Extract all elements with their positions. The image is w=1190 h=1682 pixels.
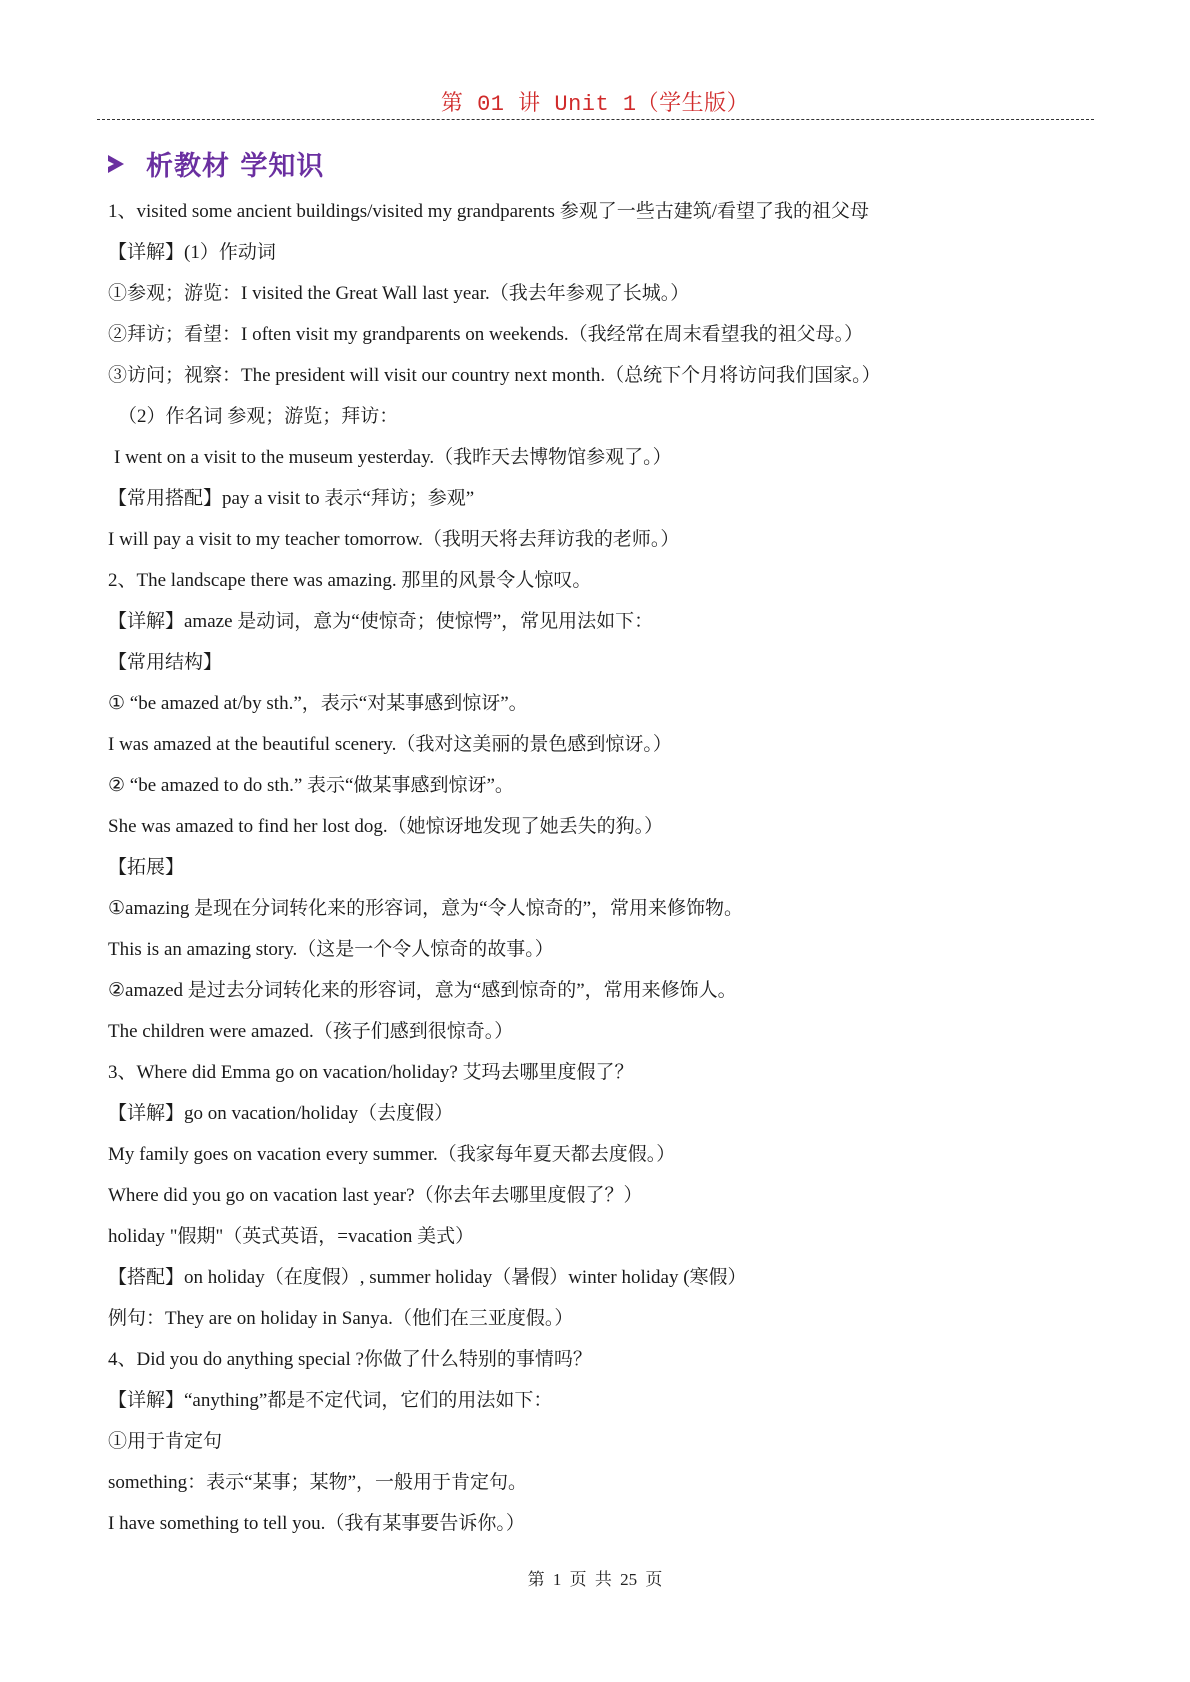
item-2-title: 2、The landscape there was amazing. 那里的风景… (108, 567, 1098, 608)
structure-label: 【常用结构】 (108, 649, 1098, 690)
section-heading: 析教材 学知识 (108, 144, 324, 183)
verb-meaning-1: ①参观；游览：I visited the Great Wall last yea… (108, 280, 1098, 321)
detail-label: 【详解】amaze 是动词，意为“使惊奇；使惊愕”，常见用法如下： (108, 608, 1098, 649)
verb-meaning-3: ③访问；视察：The president will visit our coun… (108, 362, 1098, 403)
document-body: 1、visited some ancient buildings/visited… (108, 198, 1098, 1551)
noun-usage-label: （2）作名词 参观；游览；拜访： (108, 403, 1098, 444)
something-definition: something：表示“某事；某物”，一般用于肯定句。 (108, 1469, 1098, 1510)
detail-label: 【详解】“anything”都是不定代词，它们的用法如下： (108, 1387, 1098, 1428)
item-1-title: 1、visited some ancient buildings/visited… (108, 198, 1098, 239)
affirmative-usage-label: ①用于肯定句 (108, 1428, 1098, 1469)
collocation-label: 【常用搭配】pay a visit to 表示“拜访；参观” (108, 485, 1098, 526)
extension-2: ②amazed 是过去分词转化来的形容词，意为“感到惊奇的”，常用来修饰人。 (108, 977, 1098, 1018)
extension-2-example: The children were amazed.（孩子们感到很惊奇。） (108, 1018, 1098, 1059)
detail-label: 【详解】(1）作动词 (108, 239, 1098, 280)
collocation-example: I will pay a visit to my teacher tomorro… (108, 526, 1098, 567)
page-number: 第 1 页 共 25 页 (0, 1565, 1190, 1590)
vacation-example-2: Where did you go on vacation last year?（… (108, 1182, 1098, 1223)
extension-label: 【拓展】 (108, 854, 1098, 895)
item-3-title: 3、Where did Emma go on vacation/holiday?… (108, 1059, 1098, 1100)
document-header-title: 第 01 讲 Unit 1（学生版） (0, 86, 1190, 117)
vacation-example-1: My family goes on vacation every summer.… (108, 1141, 1098, 1182)
section-heading-label: 析教材 学知识 (146, 144, 324, 183)
structure-2: ② “be amazed to do sth.” 表示“做某事感到惊讶”。 (108, 772, 1098, 813)
verb-meaning-2: ②拜访；看望：I often visit my grandparents on … (108, 321, 1098, 362)
header-divider (97, 119, 1094, 120)
structure-1: ① “be amazed at/by sth.”，表示“对某事感到惊讶”。 (108, 690, 1098, 731)
something-example: I have something to tell you.（我有某事要告诉你。） (108, 1510, 1098, 1551)
extension-1-example: This is an amazing story.（这是一个令人惊奇的故事。） (108, 936, 1098, 977)
detail-label: 【详解】go on vacation/holiday（去度假） (108, 1100, 1098, 1141)
noun-example: I went on a visit to the museum yesterda… (108, 444, 1098, 485)
holiday-note: holiday "假期"（英式英语，=vacation 美式） (108, 1223, 1098, 1264)
collocation-label: 【搭配】on holiday（在度假）, summer holiday（暑假）w… (108, 1264, 1098, 1305)
arrow-bullet-icon (108, 155, 124, 173)
structure-2-example: She was amazed to find her lost dog.（她惊讶… (108, 813, 1098, 854)
extension-1: ①amazing 是现在分词转化来的形容词，意为“令人惊奇的”，常用来修饰物。 (108, 895, 1098, 936)
holiday-example: 例句：They are on holiday in Sanya.（他们在三亚度假… (108, 1305, 1098, 1346)
item-4-title: 4、Did you do anything special ?你做了什么特别的事… (108, 1346, 1098, 1387)
structure-1-example: I was amazed at the beautiful scenery.（我… (108, 731, 1098, 772)
